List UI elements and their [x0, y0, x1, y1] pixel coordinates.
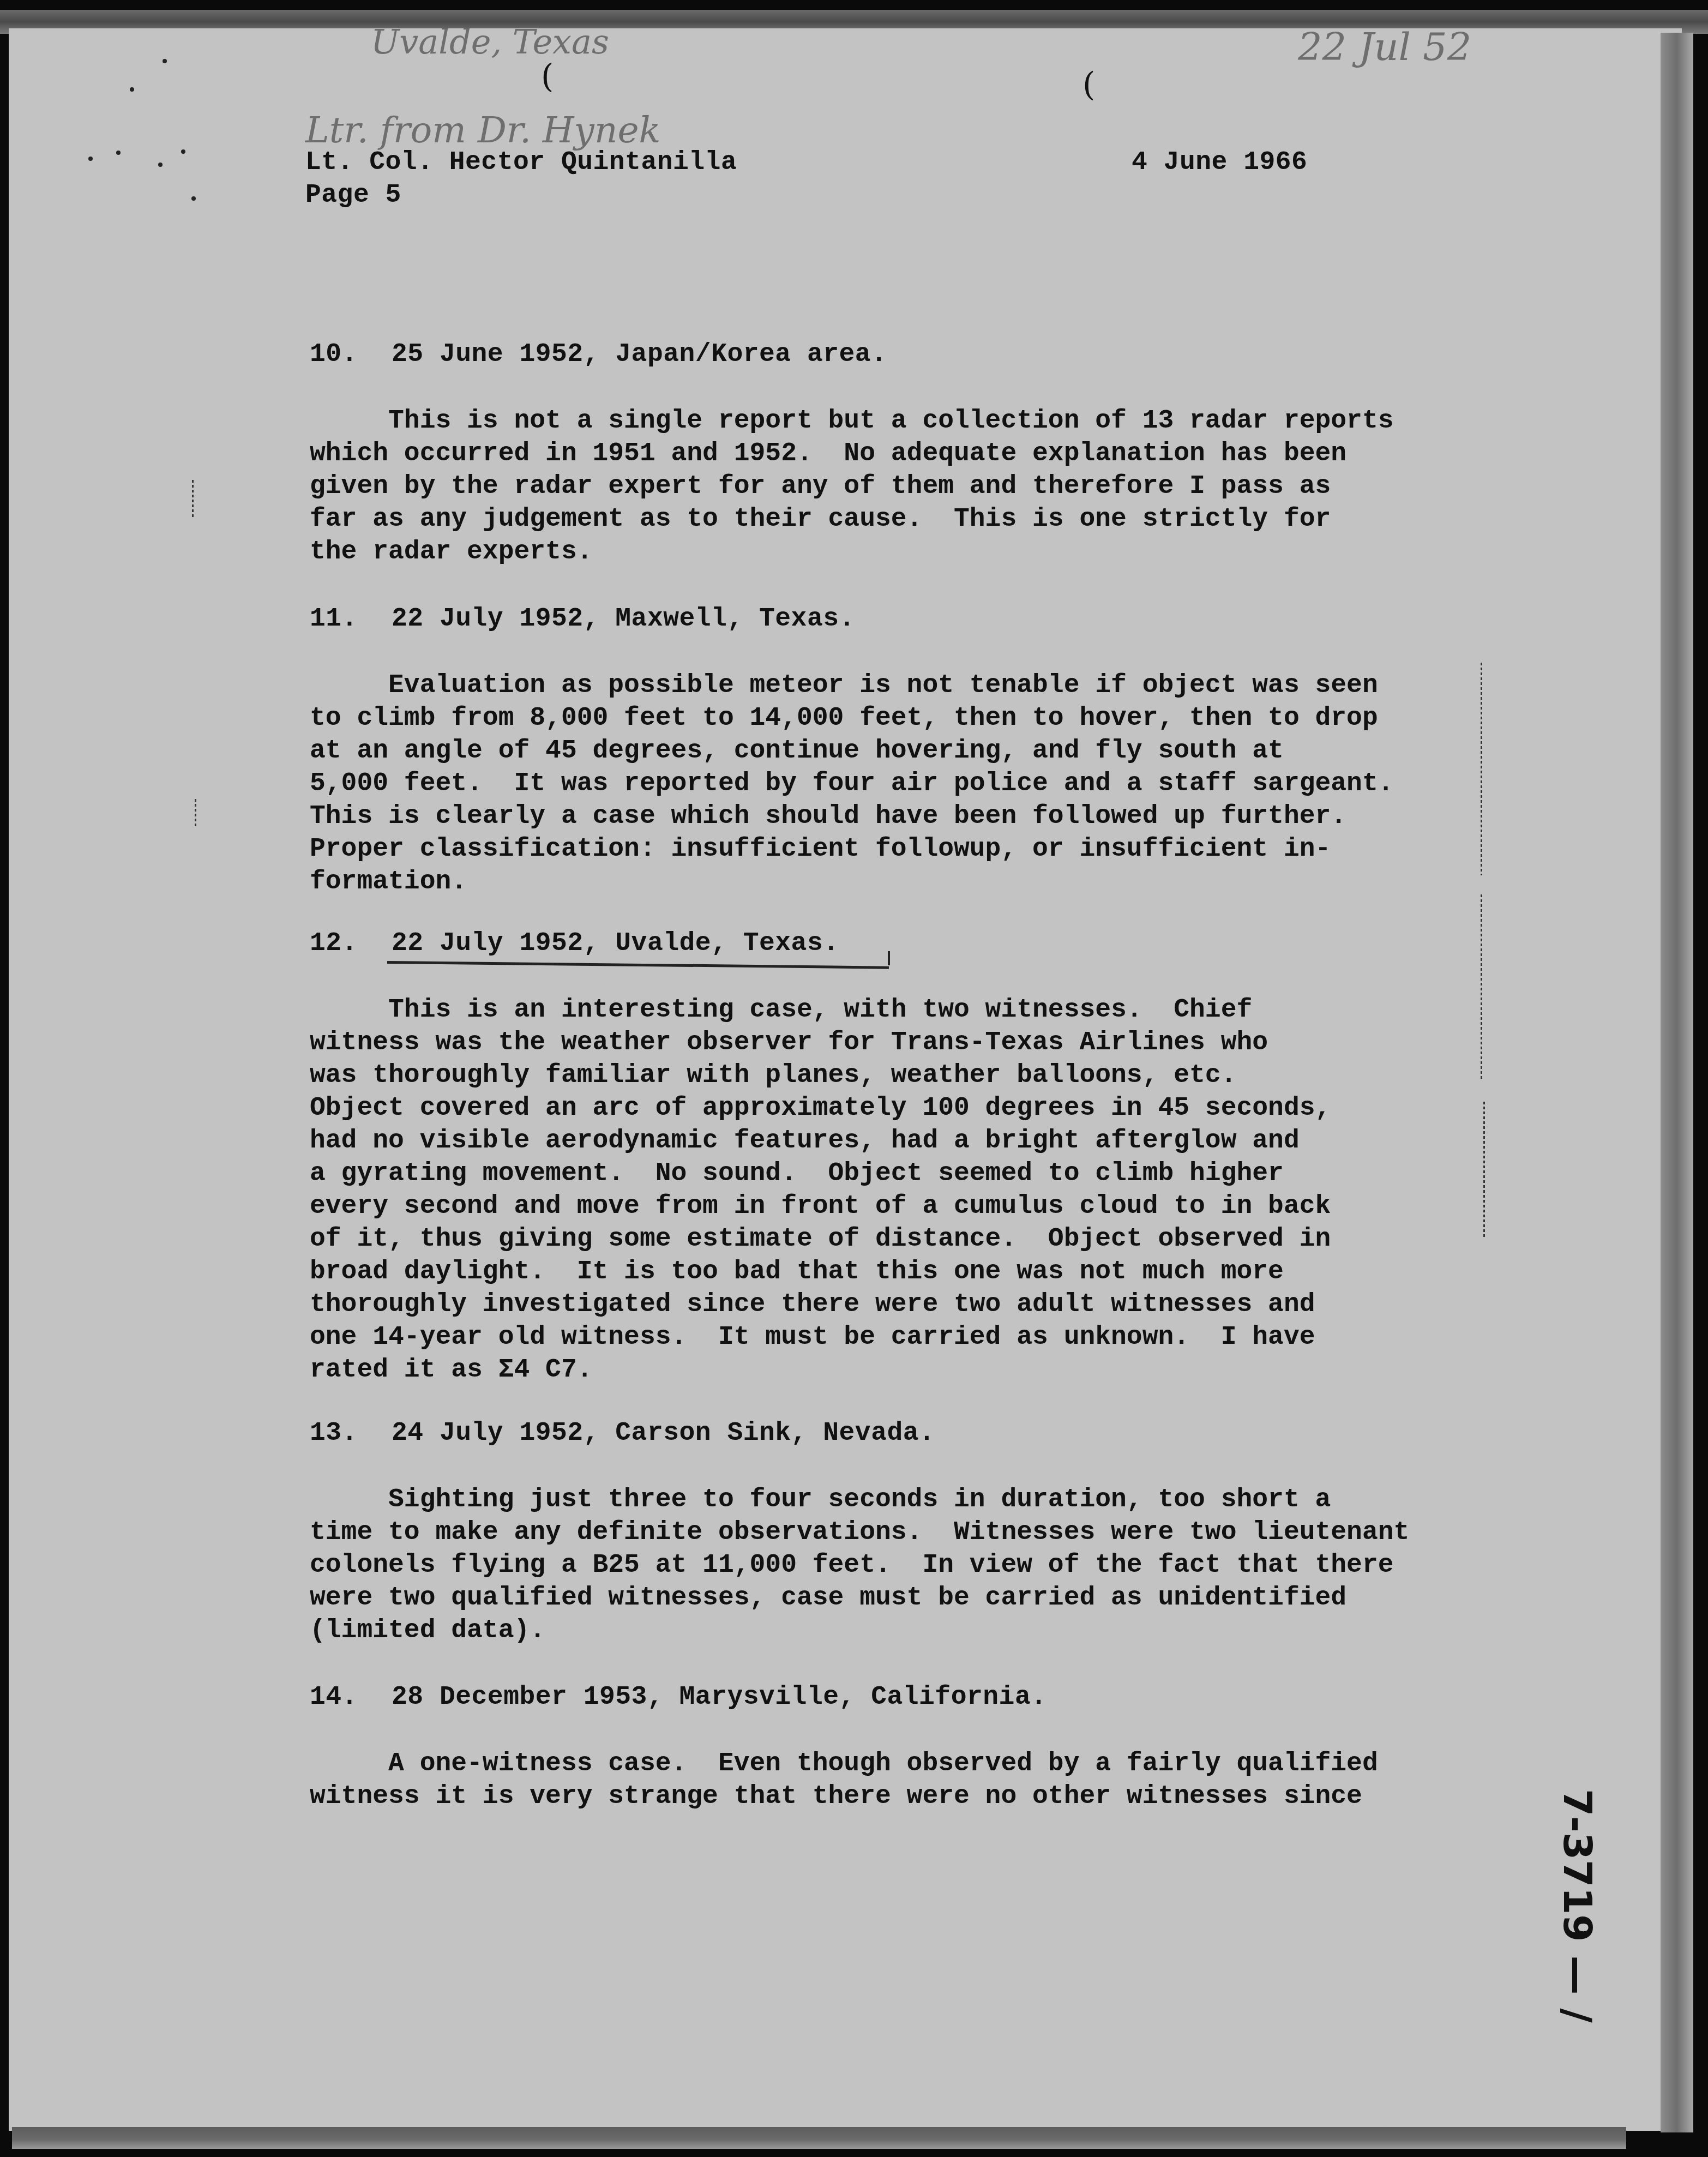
section-12-line: rated it as Σ4 C7.	[310, 1354, 592, 1386]
section-14-heading: 28 December 1953, Marysville, California…	[392, 1681, 1047, 1714]
section-11-line: formation.	[310, 866, 467, 898]
section-14-line: witness it is very strange that there we…	[310, 1780, 1362, 1813]
section-11-line: This is clearly a case which should have…	[310, 800, 1346, 833]
section-10-line: given by the radar expert for any of the…	[310, 470, 1331, 503]
handwritten-date-note: 22 Jul 52	[1298, 25, 1471, 69]
section-10-line: far as any judgement as to their cause. …	[310, 503, 1331, 536]
margin-line	[1483, 1102, 1485, 1238]
scan-speck	[191, 196, 196, 201]
document-number-stamp: 7-3719 — /	[1555, 1789, 1601, 2023]
section-13-line: (limited data).	[310, 1614, 545, 1647]
section-12-line: was thoroughly familiar with planes, wea…	[310, 1059, 1236, 1092]
section-11-line: Evaluation as possible meteor is not ten…	[310, 669, 1378, 702]
section-12-line: every second and move from in front of a…	[310, 1190, 1331, 1223]
section-11-line: to climb from 8,000 feet to 14,000 feet,…	[310, 702, 1378, 735]
section-12-line: a gyrating movement. No sound. Object se…	[310, 1157, 1284, 1190]
section-12-line: one 14-year old witness. It must be carr…	[310, 1321, 1315, 1354]
letter-date: 4 June 1966	[1132, 146, 1307, 179]
heading-underline-end	[888, 951, 890, 965]
section-11-number: 11.	[310, 603, 358, 635]
section-11-heading: 22 July 1952, Maxwell, Texas.	[392, 603, 855, 635]
section-12-line: thoroughly investigated since there were…	[310, 1288, 1315, 1321]
page-label: Page 5	[305, 179, 401, 212]
section-12-line: of it, thus giving some estimate of dist…	[310, 1223, 1331, 1255]
section-10-line: This is not a single report but a collec…	[310, 405, 1394, 437]
section-10-line: which occurred in 1951 and 1952. No adeq…	[310, 437, 1346, 470]
scan-speck	[163, 59, 167, 63]
section-12-line: This is an interesting case, with two wi…	[310, 994, 1252, 1026]
section-14-number: 14.	[310, 1681, 358, 1714]
section-11-line: at an angle of 45 degrees, continue hove…	[310, 735, 1284, 767]
section-13-line: Sighting just three to four seconds in d…	[310, 1483, 1331, 1516]
section-13-line: were two qualified witnesses, case must …	[310, 1582, 1346, 1614]
section-11-line: 5,000 feet. It was reported by four air …	[310, 767, 1394, 800]
recipient-line: Lt. Col. Hector Quintanilla	[305, 146, 737, 179]
margin-line	[195, 799, 196, 826]
margin-line	[1481, 663, 1482, 875]
section-13-line: time to make any definite observations. …	[310, 1516, 1409, 1549]
section-11-line: Proper classification: insufficient foll…	[310, 833, 1331, 866]
section-10-heading: 25 June 1952, Japan/Korea area.	[392, 338, 887, 371]
section-14-line: A one-witness case. Even though observed…	[310, 1747, 1378, 1780]
section-10-number: 10.	[310, 338, 358, 371]
margin-mark-right: (	[1082, 65, 1095, 104]
section-12-line: had no visible aerodynamic features, had…	[310, 1125, 1300, 1157]
scan-right-edge	[1661, 33, 1693, 2132]
margin-mark-left: (	[541, 57, 554, 95]
section-12-line: Object covered an arc of approximately 1…	[310, 1092, 1331, 1125]
scan-speck	[181, 149, 185, 154]
handwritten-location-note: Uvalde, Texas	[371, 22, 609, 62]
handwritten-reference-note: Ltr. from Dr. Hynek	[305, 109, 660, 151]
section-12-line: witness was the weather observer for Tra…	[310, 1026, 1268, 1059]
section-13-heading: 24 July 1952, Carson Sink, Nevada.	[392, 1417, 935, 1450]
scan-bottom-border	[12, 2127, 1626, 2149]
scan-speck	[116, 151, 121, 155]
section-12-number: 12.	[310, 927, 358, 960]
section-13-number: 13.	[310, 1417, 358, 1450]
scan-speck	[88, 157, 93, 161]
section-13-line: colonels flying a B25 at 11,000 feet. In…	[310, 1549, 1394, 1582]
scan-speck	[158, 163, 163, 167]
section-10-line: the radar experts.	[310, 536, 592, 568]
margin-line	[1481, 894, 1482, 1080]
section-12-line: broad daylight. It is too bad that this …	[310, 1255, 1284, 1288]
section-12-heading: 22 July 1952, Uvalde, Texas.	[392, 927, 839, 960]
scan-speck	[130, 87, 134, 92]
margin-line	[192, 480, 194, 518]
